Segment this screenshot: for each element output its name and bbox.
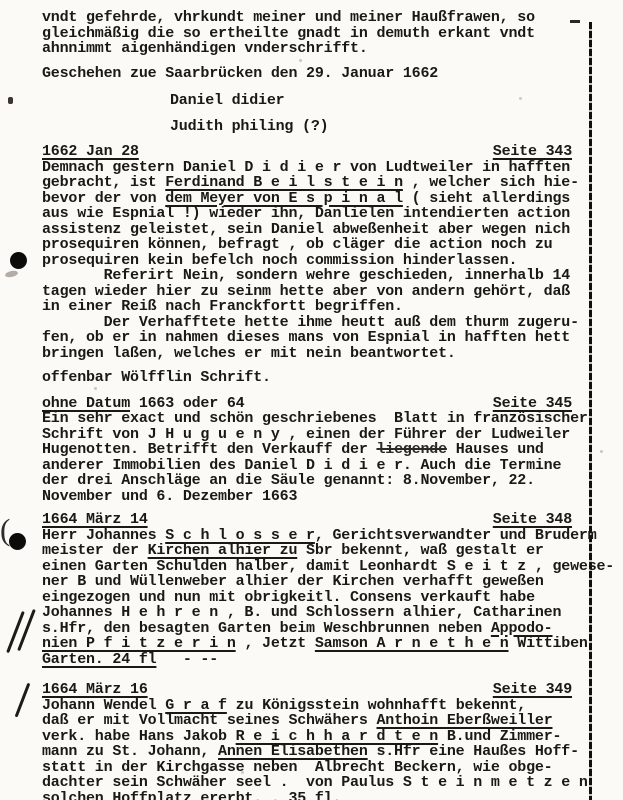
text-segment: , welcher sich hie- (403, 174, 579, 191)
text-segment: , Gerichtsverwandter und Bruderm (315, 527, 597, 544)
text-line: gebracht, ist Ferdinand B e i l s t e i … (42, 175, 602, 191)
text-line: bevor der von dem Meyer von E s p i n a … (42, 191, 602, 207)
ink-speck (8, 97, 13, 104)
text-segment: der drei Anschläge an die Säule genannt:… (42, 472, 535, 489)
text-line: Der Verhafftete hette ihme heutt auß dem… (42, 315, 602, 331)
text-line: solchen Hoffplatz ererbt. . 35 fl. (42, 791, 602, 800)
double-slash-mark (6, 611, 24, 653)
underlined-text: nien P f i t z e r i n (42, 635, 236, 652)
text-segment: - -- (156, 651, 218, 668)
text-segment: Ein sehr exact und schön geschriebenes B… (42, 410, 588, 427)
text-line: fen, ob er in nahmen dieses mans von Esp… (42, 330, 602, 346)
signature-judith-philing: Judith philing (?) (170, 119, 602, 135)
script-note: offenbar Wölfflin Schrift. (42, 370, 602, 386)
text-line: Garten. 24 fl - -- (42, 652, 602, 668)
struck-text: liegende (376, 441, 446, 458)
text-line: eingezogen und nun mit obrigkeitl. Conse… (42, 590, 602, 606)
register-entries: 1662 Jan 28Seite 343Demnach gestern Dani… (42, 144, 602, 800)
entry-date: 1662 Jan 28 (42, 144, 139, 160)
underlined-text: ohne Datum (42, 395, 130, 412)
text-segment: ner B und Wüllenweber alhier der Kirchen… (42, 573, 544, 590)
text-segment: tagen wieder hier zu seinm hette aber vo… (42, 283, 570, 300)
underlined-text: 1662 Jan 28 (42, 143, 139, 160)
underlined-text: dem Meyer von E s p i n a l (165, 190, 403, 207)
text-segment: ( sieht allerdings (403, 190, 570, 207)
text-segment: , Jetzt (236, 635, 315, 652)
text-segment: November und 6. Dezember 1663 (42, 488, 297, 505)
entry-header: ohne Datum 1663 oder 64Seite 345 (42, 396, 602, 412)
text-line: Johannes H e h r e n , B. und Schlossern… (42, 605, 602, 621)
text-segment: B.und Zimmer- (438, 728, 561, 745)
ink-blot (9, 533, 26, 550)
entry-date: 1664 März 16 (42, 682, 148, 698)
text-line: statt in der Kirchgasse neben Albrecht B… (42, 760, 602, 776)
register-entry: 1664 März 14Seite 348Herr Johannes S c h… (42, 512, 602, 667)
text-segment: Schrift von J H u g u e n y , einen der … (42, 426, 570, 443)
register-entry: 1662 Jan 28Seite 343Demnach gestern Dani… (42, 144, 602, 361)
preamble-paragraph: vndt gefehrde, vhrkundt meiner und meine… (42, 10, 602, 57)
text-line: der drei Anschläge an die Säule genannt:… (42, 473, 602, 489)
text-line: tagen wieder hier zu seinm hette aber vo… (42, 284, 602, 300)
text-segment: Herr Johannes (42, 527, 165, 544)
text-segment: s.Hfr, den besagten Garten beim Weschbru… (42, 620, 491, 637)
text-line: Johann Wendel G r a f zu Königsstein woh… (42, 698, 602, 714)
text-segment: statt in der Kirchgasse neben Albrecht B… (42, 759, 553, 776)
signature-daniel-didier: Daniel didier (170, 93, 602, 109)
entry-date: ohne Datum 1663 oder 64 (42, 396, 244, 412)
text-segment: 1663 oder 64 (130, 395, 244, 412)
text-line: prosequiren können, befragt , ob cläger … (42, 237, 602, 253)
page-reference: Seite 345 (493, 396, 572, 412)
text-line: verk. habe Hans Jakob R e i c h h a r d … (42, 729, 602, 745)
text-line: Schrift von J H u g u e n y , einen der … (42, 427, 602, 443)
underlined-text: 1664 März 16 (42, 681, 148, 698)
text-line: Demnach gestern Daniel D i d i e r von L… (42, 160, 602, 176)
entry-header: 1664 März 14Seite 348 (42, 512, 602, 528)
text-segment: Referirt Nein, sondern wehre geschieden,… (42, 267, 570, 284)
text-segment: Sbr bekennt, waß gestalt er (297, 542, 543, 559)
text-segment: verk. habe Hans Jakob (42, 728, 236, 745)
underlined-text: G r a f (165, 697, 227, 714)
text-segment: ahnnimmt aigenhändigen vnderschrifft. (42, 40, 368, 57)
register-entry: ohne Datum 1663 oder 64Seite 345Ein sehr… (42, 396, 602, 505)
ink-smudge (5, 270, 19, 279)
text-segment: mann zu St. Johann, (42, 743, 218, 760)
text-line: nien P f i t z e r i n , Jetzt Samson A … (42, 636, 602, 652)
text-line: bringen laßen, welches er mit nein beant… (42, 346, 602, 362)
text-line: Herr Johannes S c h l o s s e r, Gericht… (42, 528, 602, 544)
text-segment: Hauses und (447, 441, 544, 458)
underlined-text: Ferdinand B e i l s t e i n (165, 174, 403, 191)
scan-noise (0, 0, 1, 1)
text-segment: Hugenotten. Betrifft den Verkauff der (42, 441, 376, 458)
single-slash-mark (15, 683, 30, 718)
underlined-text: Anthoin Eberßweiller (376, 712, 552, 729)
text-line: prosequiren kein befelch noch commission… (42, 253, 602, 269)
underlined-text: Appodo- (491, 620, 553, 637)
page-reference: Seite 343 (493, 144, 572, 160)
text-segment: bevor der von (42, 190, 165, 207)
text-line: anderer Immobilien des Daniel D i d i e … (42, 458, 602, 474)
text-line: einen Garten Schulden halber, damit Leon… (42, 559, 602, 575)
underlined-text: 1664 März 14 (42, 511, 148, 528)
entry-date: 1664 März 14 (42, 512, 148, 528)
text-line: Ein sehr exact und schön geschriebenes B… (42, 411, 602, 427)
text-line: mann zu St. Johann, Annen Elisabethen s.… (42, 744, 602, 760)
text-segment: solchen Hoffplatz ererbt. . 35 fl. (42, 790, 341, 800)
text-segment: in einer Reiß nach Franckfortt begriffen… (42, 298, 403, 315)
text-segment: Demnach gestern Daniel D i d i e r von L… (42, 159, 570, 176)
page-reference: Seite 349 (493, 682, 572, 698)
scanned-document-page: ( vndt gefehrde, vhrkundt meiner und mei… (0, 0, 623, 800)
text-line: Referirt Nein, sondern wehre geschieden,… (42, 268, 602, 284)
underlined-text: Kirchen alhier zu (148, 542, 298, 559)
entry-header: 1662 Jan 28Seite 343 (42, 144, 602, 160)
text-segment: dachter sein Schwäher seel . von Paulus … (42, 774, 588, 791)
text-segment: Der Verhafftete hette ihme heutt auß dem… (42, 314, 579, 331)
document-content: vndt gefehrde, vhrkundt meiner und meine… (42, 10, 602, 800)
text-line: gleichmäßig die so ertheilte gnadt in de… (42, 26, 602, 42)
dateline: Geschehen zue Saarbrücken den 29. Januar… (42, 66, 602, 82)
underlined-text: Garten. 24 fl (42, 651, 156, 668)
text-segment: fen, ob er in nahmen dieses mans von Esp… (42, 329, 570, 346)
text-line: assistenz geleistet, sein Daniel abweßen… (42, 222, 602, 238)
text-segment: gebracht, ist (42, 174, 165, 191)
underlined-text: Annen Elisabethen (218, 743, 368, 760)
ink-blot (10, 252, 27, 269)
text-segment: zu Königsstein wohnhafft bekennt, (227, 697, 526, 714)
text-segment: meister der (42, 542, 148, 559)
text-segment: Johann Wendel (42, 697, 165, 714)
page-reference: Seite 348 (493, 512, 572, 528)
text-line: aus wie Espnial !) wieder ihn, Danlielen… (42, 206, 602, 222)
underlined-text: S c h l o s s e r (165, 527, 315, 544)
text-line: daß er mit Vollmacht seines Schwähers An… (42, 713, 602, 729)
text-line: meister der Kirchen alhier zu Sbr bekenn… (42, 543, 602, 559)
text-segment: vndt gefehrde, vhrkundt meiner und meine… (42, 9, 535, 26)
text-line: November und 6. Dezember 1663 (42, 489, 602, 505)
text-segment: Wittiben (509, 635, 588, 652)
text-segment: s.Hfr eine Haußes Hoff- (368, 743, 579, 760)
text-line: dachter sein Schwäher seel . von Paulus … (42, 775, 602, 791)
text-segment: anderer Immobilien des Daniel D i d i e … (42, 457, 561, 474)
text-segment: bringen laßen, welches er mit nein beant… (42, 345, 456, 362)
text-segment: einen Garten Schulden halber, damit Leon… (42, 558, 614, 575)
text-segment: Johannes H e h r e n , B. und Schlossern… (42, 604, 561, 621)
text-segment: gleichmäßig die so ertheilte gnadt in de… (42, 25, 535, 42)
entry-header: 1664 März 16Seite 349 (42, 682, 602, 698)
text-line: in einer Reiß nach Franckfortt begriffen… (42, 299, 602, 315)
text-line: ner B und Wüllenweber alhier der Kirchen… (42, 574, 602, 590)
text-line: vndt gefehrde, vhrkundt meiner und meine… (42, 10, 602, 26)
underlined-text: Samson A r n e t h e n (315, 635, 509, 652)
text-segment: prosequiren kein befelch noch commission… (42, 252, 517, 269)
text-line: Hugenotten. Betrifft den Verkauff der li… (42, 442, 602, 458)
paren-pencil-mark: ( (0, 522, 10, 538)
text-segment: assistenz geleistet, sein Daniel abweßen… (42, 221, 570, 238)
text-segment: daß er mit Vollmacht seines Schwähers (42, 712, 376, 729)
text-segment: eingezogen und nun mit obrigkeitl. Conse… (42, 589, 535, 606)
text-line: ahnnimmt aigenhändigen vnderschrifft. (42, 41, 602, 57)
text-segment: aus wie Espnial !) wieder ihn, Danlielen… (42, 205, 570, 222)
text-segment: prosequiren können, befragt , ob cläger … (42, 236, 553, 253)
text-line: s.Hfr, den besagten Garten beim Weschbru… (42, 621, 602, 637)
underlined-text: R e i c h h a r d t e n (236, 728, 438, 745)
register-entry: 1664 März 16Seite 349Johann Wendel G r a… (42, 682, 602, 800)
